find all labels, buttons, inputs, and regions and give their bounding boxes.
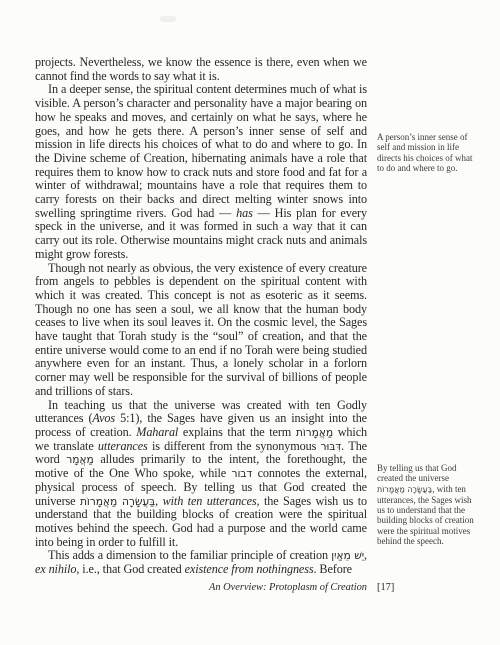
text-segment: is different from the synonymous [148, 439, 321, 453]
text-segment: In a deeper sense, the spiritual content… [35, 82, 367, 219]
text-segment: Maharal [136, 425, 178, 439]
scan-artifact [160, 16, 176, 22]
hebrew-term: בַּעֲשָׂרָה מַאֲמָרוֹת [80, 495, 155, 508]
main-text-column: projects. Nevertheless, we know the esse… [35, 56, 367, 577]
hebrew-term: בַּעֲשָׂרָה מַאֲמָרוֹת [377, 485, 432, 494]
hebrew-term: דִּבּוּר [321, 440, 342, 453]
paragraph: In teaching us that the universe was cre… [35, 399, 367, 550]
paragraph: projects. Nevertheless, we know the esse… [35, 56, 367, 83]
text-segment: ex nihilo [35, 562, 76, 576]
text-segment: By telling us that God created the unive… [377, 463, 457, 483]
text-segment: . Before [314, 562, 352, 576]
text-segment: existence from nothingness [185, 562, 314, 576]
text-segment: , [364, 548, 367, 562]
page-number: [17] [377, 582, 394, 593]
text-segment: projects. Nevertheless, we know the esse… [35, 55, 367, 83]
margin-note: By telling us that God created the unive… [377, 463, 474, 546]
text-segment: , [155, 494, 162, 508]
text-segment: , i.e., that God created [76, 562, 184, 576]
book-page: projects. Nevertheless, we know the esse… [0, 0, 500, 645]
text-segment: Though not nearly as obvious, the very e… [35, 261, 367, 398]
text-segment: A person’s inner sense of self and missi… [377, 132, 472, 173]
text-segment: explains that the term [178, 425, 296, 439]
paragraph: Though not nearly as obvious, the very e… [35, 262, 367, 399]
hebrew-term: מַאֲמָרוֹת [296, 426, 333, 439]
hebrew-term: יֵשׁ מֵאַיִן [331, 549, 364, 562]
text-segment: utterances [98, 439, 148, 453]
text-segment: with ten utterances [163, 494, 257, 508]
text-segment: Avos [92, 411, 115, 425]
footer-running-title: An Overview: Protoplasm of Creation [35, 582, 367, 593]
margin-note: A person’s inner sense of self and missi… [377, 132, 474, 173]
text-segment: has [236, 206, 253, 220]
paragraph: In a deeper sense, the spiritual content… [35, 83, 367, 261]
hebrew-term: מַאֲמָר [66, 453, 93, 466]
hebrew-term: דבור [232, 467, 253, 480]
paragraph: This adds a dimension to the familiar pr… [35, 549, 367, 576]
text-segment: This adds a dimension to the familiar pr… [48, 548, 331, 562]
